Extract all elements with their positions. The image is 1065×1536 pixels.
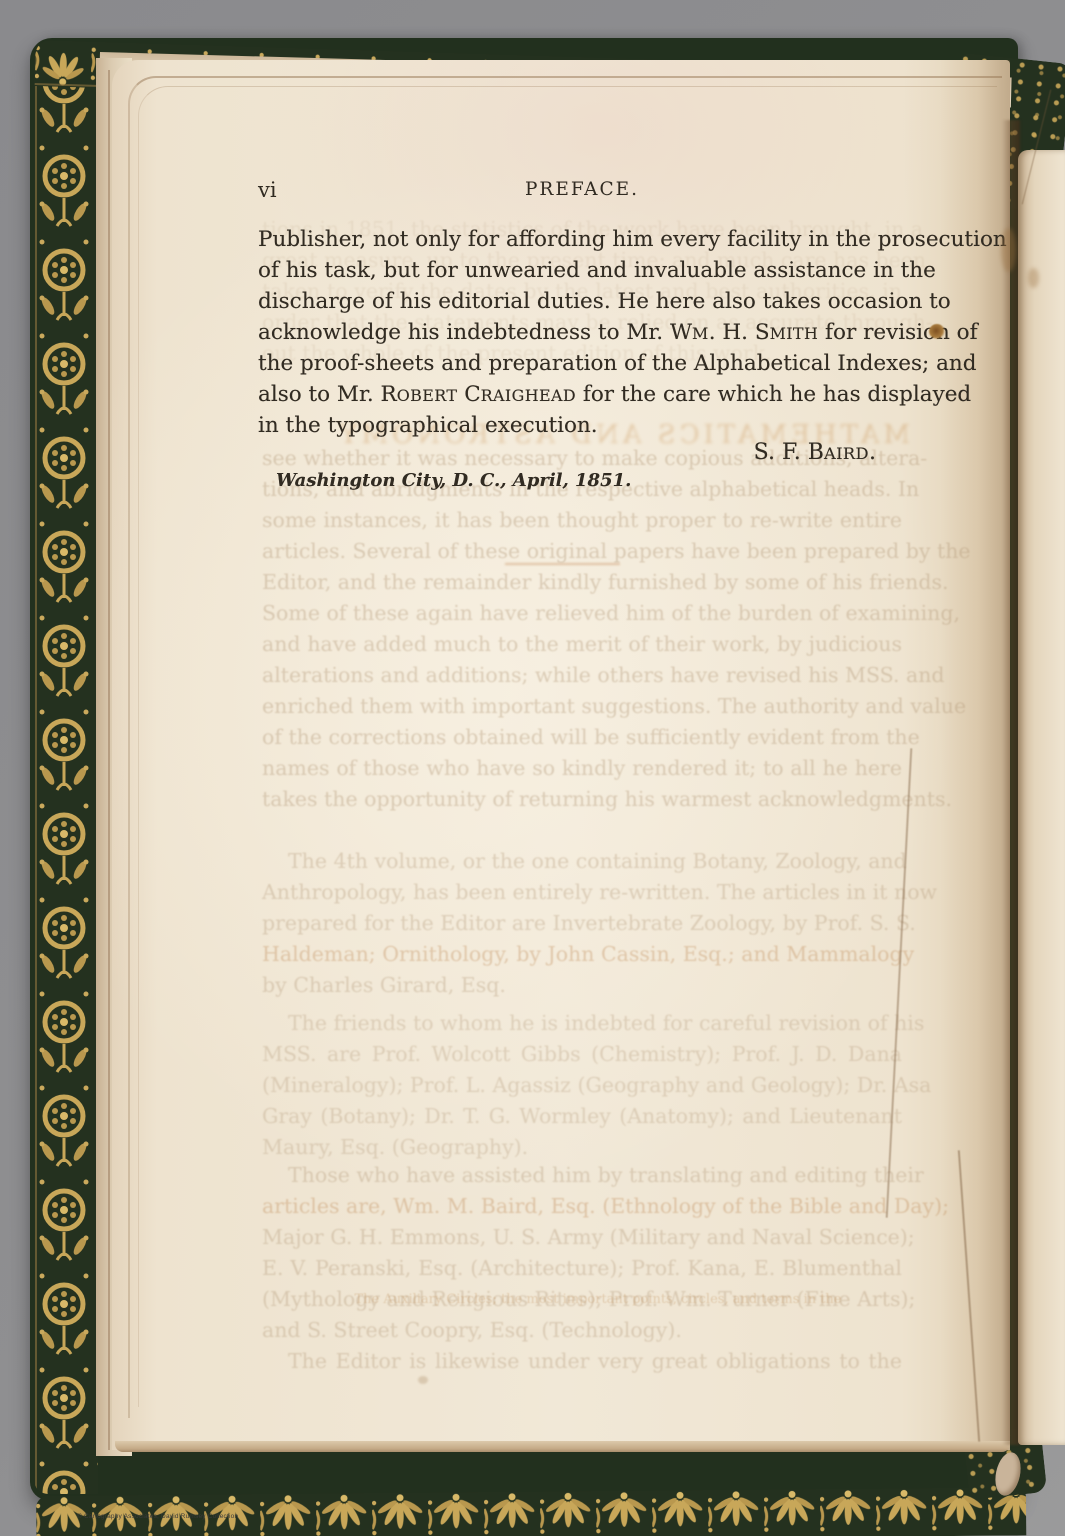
bleedthrough-line: The 4th volume, or the one containing Bo… <box>262 846 902 877</box>
bleedthrough-line: articles. Several of these original pape… <box>262 536 902 567</box>
page-title: PREFACE. <box>258 179 906 200</box>
bleedthrough-line: Gray (Botany); Dr. T. G. Wormley (Anatom… <box>262 1101 902 1132</box>
text-line: also to Mr. Robert Craighead for the car… <box>258 379 906 410</box>
bleedthrough-block: Those who have assisted him by translati… <box>262 1160 902 1377</box>
dateline: Washington City, D. C., April, 1851. <box>276 470 631 491</box>
bleedthrough-line: Maury, Esq. (Geography). <box>262 1132 902 1163</box>
text-segment: acknowledge his indebtedness to Mr. W <box>258 320 692 345</box>
bleedthrough-line: and S. Street Coopry, Esq. (Technology). <box>262 1315 902 1346</box>
preface-paragraph: Publisher, not only for affording him ev… <box>258 224 906 441</box>
foxing-spot <box>929 324 945 339</box>
text-segment: C <box>457 382 480 407</box>
text-segment: for revision of <box>818 320 977 345</box>
bleedthrough-line: names of those who have so kindly render… <box>262 753 902 784</box>
foxing-spot <box>1028 268 1039 288</box>
text-line: acknowledge his indebtedness to Mr. Wm. … <box>258 317 906 348</box>
text-segment: . <box>869 440 876 465</box>
foxing-spot <box>1001 228 1016 272</box>
text-segment: S. F. B <box>754 440 824 465</box>
page-bottom-edge <box>115 1441 1010 1452</box>
text-segment: for the care which he has displayed <box>576 382 971 407</box>
foxing-spot <box>418 1376 428 1384</box>
text-segment: obert <box>397 386 458 405</box>
bleedthrough-line: Those who have assisted him by translati… <box>262 1160 902 1191</box>
bleedthrough-line: and have added much to the merit of thei… <box>262 629 902 660</box>
bleedthrough-block: The friends to whom he is indebted for c… <box>262 1008 902 1163</box>
cover-border-left <box>34 42 98 1494</box>
bleedthrough-line: The Editor is likewise under very great … <box>262 1346 902 1377</box>
page-edge-line <box>108 70 110 1450</box>
bleedthrough-line: E. V. Peranski, Esq. (Architecture); Pro… <box>262 1253 902 1284</box>
text-segment: . H. S <box>709 320 770 345</box>
cover-border-bottom <box>36 1487 1026 1536</box>
bleedthrough-caption: The Auxiliary Circles; the most importan… <box>318 1292 878 1307</box>
text-segment: mith <box>770 324 819 343</box>
bleedthrough-line: Anthropology, has been entirely re-writt… <box>262 877 902 908</box>
scanned-book-photo: tions in 1851, the statistics of the wor… <box>0 0 1065 1536</box>
bleedthrough-line: articles are, Wm. M. Baird, Esq. (Ethnol… <box>262 1191 902 1222</box>
bleedthrough-line: MSS. are Prof. Wolcott Gibbs (Chemistry)… <box>262 1039 902 1070</box>
text-segment: discharge of his editorial duties. He he… <box>258 289 951 314</box>
bleedthrough-line: by Charles Girard, Esq. <box>262 970 902 1001</box>
bleedthrough-line: Editor, and the remainder kindly furnish… <box>262 567 902 598</box>
bleedthrough-block: The 4th volume, or the one containing Bo… <box>262 846 902 1001</box>
text-line: in the typographical execution. <box>258 410 906 441</box>
bleedthrough-line: Haldeman; Ornithology, by John Cassin, E… <box>262 939 902 970</box>
running-head: vi PREFACE. <box>258 178 906 204</box>
bleedthrough-line: takes the opportunity of returning his w… <box>262 784 902 815</box>
text-line: Publisher, not only for affording him ev… <box>258 224 906 255</box>
bleedthrough-line: alterations and additions; while others … <box>262 660 902 691</box>
bleedthrough-line: Major G. H. Emmons, U. S. Army (Military… <box>262 1222 902 1253</box>
bleedthrough-line: prepared for the Editor are Invertebrate… <box>262 908 902 939</box>
text-line: discharge of his editorial duties. He he… <box>258 286 906 317</box>
collection-watermark: © Cartography Associates, David Rumsey C… <box>77 1513 238 1520</box>
bleedthrough-line: Some of these again have relieved him of… <box>262 598 902 629</box>
text-segment: Publisher, not only for affording him ev… <box>258 227 1007 252</box>
text-segment: raighead <box>481 386 576 405</box>
text-line: of his task, but for unwearied and inval… <box>258 255 906 286</box>
bleedthrough-block: see whether it was necessary to make cop… <box>262 443 902 815</box>
gilt-palmette-pattern <box>36 1487 1026 1536</box>
gilt-rosette-pattern <box>34 42 98 1494</box>
text-line: the proof-sheets and preparation of the … <box>258 348 906 379</box>
bleedthrough-line: enriched them with important suggestions… <box>262 691 902 722</box>
text-segment: in the typographical execution. <box>258 413 598 438</box>
text-segment: of his task, but for unwearied and inval… <box>258 258 936 283</box>
next-page-edge <box>1018 150 1065 1445</box>
bleedthrough-line: The friends to whom he is indebted for c… <box>262 1008 902 1039</box>
text-segment: the proof-sheets and preparation of the … <box>258 351 977 376</box>
text-segment: also to Mr. R <box>258 382 397 407</box>
bleedthrough-line: some instances, it has been thought prop… <box>262 505 902 536</box>
text-segment: m <box>692 324 709 343</box>
bleedthrough-line: of the corrections obtained will be suff… <box>262 722 902 753</box>
signature: S. F. Baird. <box>258 440 876 465</box>
bleedthrough-line: (Mineralogy); Prof. L. Agassiz (Geograph… <box>262 1070 902 1101</box>
text-segment: aird <box>824 444 869 463</box>
